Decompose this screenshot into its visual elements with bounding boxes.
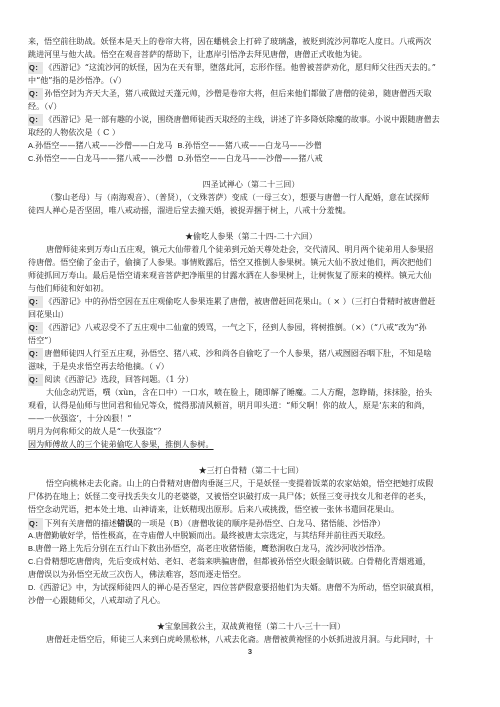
paragraph-line: 来，悟空前往助战。妖怪本是天上的卷帘大将，因在蟠桃会上打碎了玻璃盏，被贬到流沙河… [28,36,431,48]
q-marker: Q： [28,296,43,308]
passage-line: 大仙念动咒语，噀（xùn，含在口中）一口水，喷在脸上，随即解了睡魔。二人方醒，忽… [46,387,432,399]
passage-line: 观看，认得是仙师与世同君和仙兄等众，慌得那清风顿首，明月叩头道：“师父啊！你的故… [28,400,430,412]
option-line: C.孙悟空——白龙马——猪八戒——沙僧 D.孙悟空——白龙马——沙僧——猪八戒 [28,153,323,165]
option-line: B.唐僧一路上先后分别在五行山下救出孙悟空，高老庄收猪悟能，鹰愁涧收白龙马，流沙… [28,543,390,555]
option-line: A.唐僧勤敏好学，悟性极高，在寺庙僧人中脱颖而出。最终被唐太宗选定，与其结拜并前… [28,530,390,542]
question-line: Q：《西游记》中的孙悟空因在五庄观偷吃人参果连累了唐僧，被唐僧赶回花果山。（ ×… [28,296,435,308]
question-line: Q：孙悟空封为齐天大圣，猪八戒做过天蓬元帅，沙僧是卷帘大将，但后来他们都做了唐僧… [28,88,432,100]
question-line: Q：下列有关唐僧的描述错误的一项是（B）（唐僧收徒的顺序是孙悟空、白龙马、猪悟能… [28,517,385,530]
question-line: 取经的人物依次是（ C ） [28,127,120,139]
paragraph-line: 待唐僧。悟空偷了金击子，偷摘了人参果。事情败露后，悟空又推倒人参果树。镇元大仙不… [28,257,431,269]
paragraph-line: 与他们师徒和好如初。 [28,283,109,295]
q-marker: Q： [28,348,43,360]
paragraph-line: 跳进河里与他大战。悟空在观音菩萨的帮助下，让惠岸引悟净去拜见唐僧，唐僧正式收他为… [28,49,367,61]
paragraph-line: 师徒抓回万寿山。最后是悟空请来观音菩萨把净瓶里的甘露水洒在人参果树上，让树恢复了… [28,270,431,282]
paragraph-line: 唐僧赶走悟空后，师徒三人来到白虎岭黑松林，八戒去化斋。唐僧被黄袍怪的小妖抓进波月… [46,634,433,646]
option-line: D.《西游记》中，为试探师徒四人的禅心是否坚定，四位菩萨假意要招他们为夫婿。唐僧… [28,582,439,594]
question-line: Q：《西游记》“这流沙河的妖怪，因为在天有罪，堕落此河，忘形作怪。他曾被菩萨劝化… [28,62,436,74]
question-line: 经。（√） [28,101,61,113]
question-line: 悟空”） [28,335,56,347]
q-marker: Q： [28,114,43,126]
section-heading: ★三打白骨精（第二十七回） [28,465,474,477]
q-marker: Q： [28,88,43,100]
question-line: Q：阅读《西游记》选段，回答问题。（1 分） [28,374,193,386]
q-marker: Q： [28,62,43,74]
q-marker: Q： [28,322,43,334]
paragraph-line: 唐僧师徒来到万寿山五庄观，镇元大仙带着几个徒弟到元始天尊处赴会，交代清风、明月两… [46,244,433,256]
paragraph-line: （黎山老母）与（南海观音）、（普贤），（文殊菩萨）变成（一母三女），想要与唐僧一… [46,192,429,204]
section-heading: 四圣试禅心（第二十三回） [28,179,474,191]
option-line: 唐僧误以为孙悟空无故三次伤人，佛法难容，怒而逐走悟空。 [28,569,246,581]
question-prompt: 明月为何称师父的故人是“一伙强盗”？ [28,426,165,438]
question-line: 回花果山） [28,309,68,321]
question-line: Q：《西游记》八戒忍受不了五庄观中二仙童的毁骂，一气之下，径到人参园，将树推倒。… [28,322,427,334]
question-line: 滋味，于是央求悟空再去给他摘。（ √） [28,361,169,373]
q-marker: Q： [28,374,43,386]
paragraph-line: 尸体扔在地上；妖怪二变寻找丢失女儿的老婆婆，又被悟空识破打成一具尸体；妖怪三变寻… [28,491,431,503]
page-number: 3 [0,647,500,656]
paragraph-line: 徒四人禅心是否坚固，唯八戒动摇，溜进后堂去撞天婚，被捉弄捆于树上，八戒十分羞愧。 [28,205,351,217]
paragraph-line: 悟空念动咒语，把本处土地、山神请来，让妖精现出原形。后来八戒挑拨，悟空被一张休书… [28,504,399,516]
section-heading: ★宝象国救公主，双战黄袍怪（第二十八-三十一回） [28,621,474,633]
section-heading: ★偷吃人参果（第二十四-二十六回） [28,231,474,243]
answer-line: 因为师傅故人的三个徒弟偷吃人参果，推倒人参树。 [28,439,214,451]
question-line: Q：《西游记》是一部有趣的小说，围绕唐僧师徒西天取经的主线，讲述了许多降妖除魔的… [28,114,440,126]
paragraph-line: 悟空向桃林走去化斋。山上的白骨精对唐僧肉垂涎三尺，于是妖怪一变提着饭菜的农家姑娘… [46,478,433,490]
passage-line: ——一伙强盗’，十分凶狠！” [28,413,132,425]
option-line: 沙僧一心跟随师父，八戒却动了凡心。 [28,595,165,607]
question-line: 中“他”指的是沙悟净。（√） [28,75,126,87]
option-line: A.孙悟空——猪八戒——沙僧——白龙马 B.孙悟空——猪八戒——白龙马——沙僧 [28,140,322,152]
option-line: C.白骨精想吃唐僧肉，先后变成村姑、老妇、老翁来哄骗唐僧，但都被孙悟空火眼金睛识… [28,556,431,568]
question-line: Q：唐僧师徒四人行至五庄观，孙悟空、猪八戒、沙和尚各自偷吃了一个人参果，猪八戒囫… [28,348,432,360]
q-marker: Q： [28,518,43,530]
